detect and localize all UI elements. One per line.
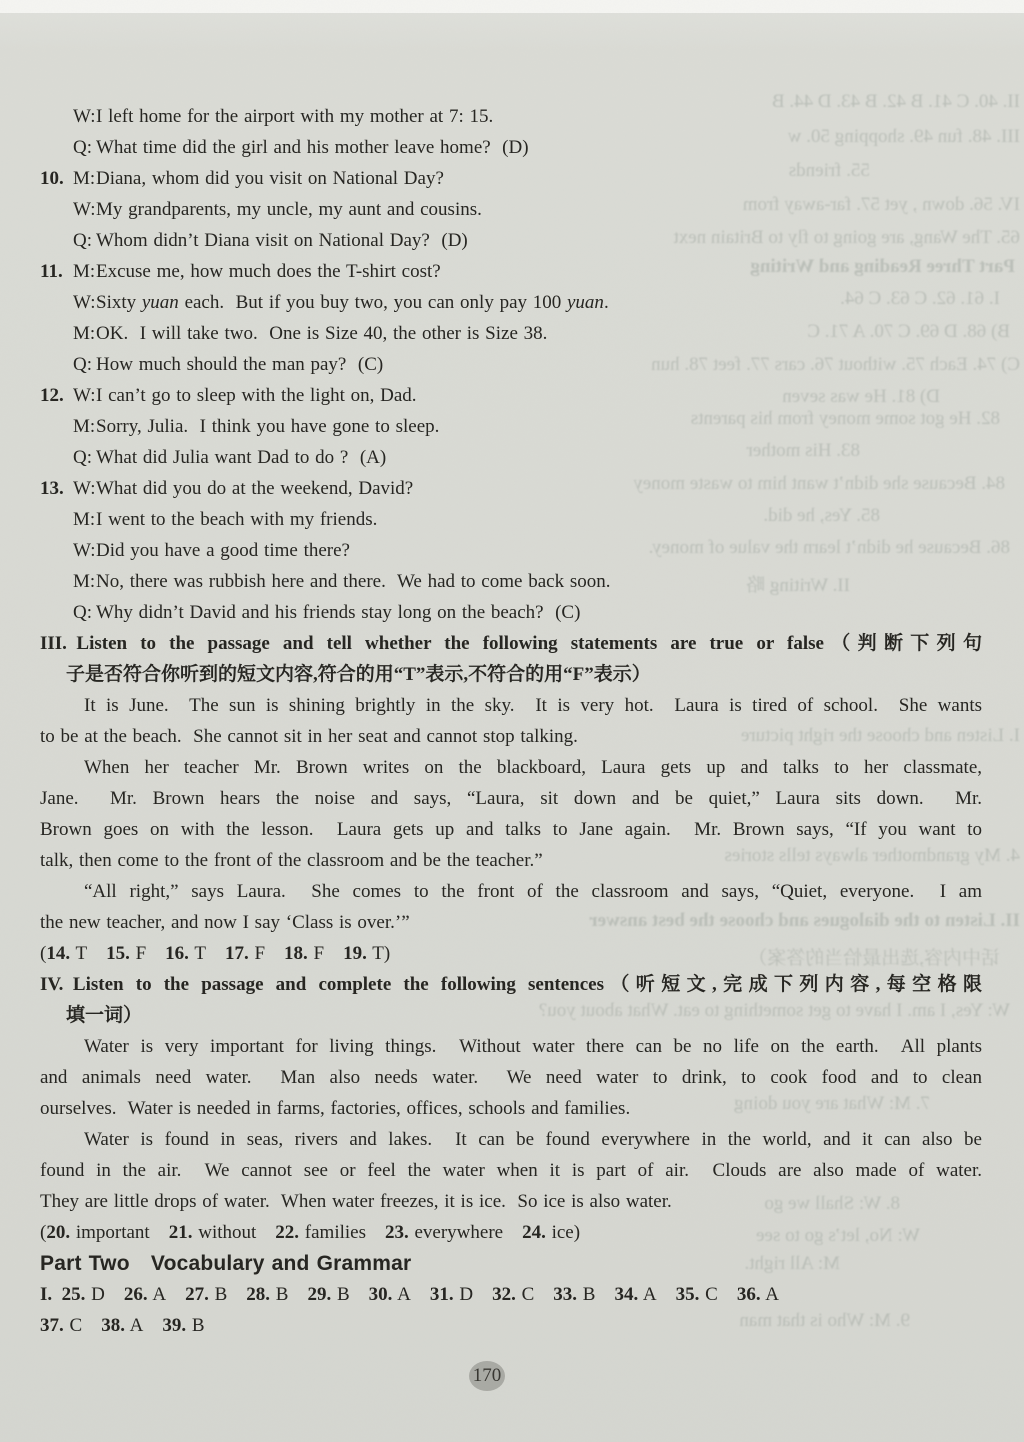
item-number: 10. (40, 163, 73, 194)
page-number-badge: 170 (469, 1361, 505, 1391)
dialogue-text: OK. I will take two. One is Size 40, the… (96, 323, 547, 344)
item-number: 12. (40, 380, 73, 411)
dialogue-text: Diana, whom did you visit on National Da… (96, 168, 444, 189)
page-number: 170 (473, 1365, 502, 1386)
passage-line: the new teacher, and now I say ‘Class is… (40, 907, 982, 938)
dialogue-text: Why didn’t David and his friends stay lo… (96, 602, 580, 623)
dialogue-text: What time did the girl and his mother le… (96, 137, 529, 158)
passage-line: Brown goes on with the lesson. Laura get… (40, 814, 982, 845)
passage-line: It is June. The sun is shining brightly … (40, 690, 982, 721)
speaker-label: W: (73, 380, 96, 411)
section-heading-continued: 子是否符合你听到的短文内容,符合的用“T”表示,不符合的用“F”表示） (40, 659, 982, 690)
dialogue-line: M:No, there was rubbish here and there. … (40, 566, 982, 597)
speaker-label: Q: (73, 442, 96, 473)
dialogue-line: W:I left home for the airport with my mo… (40, 101, 982, 132)
dialogue-line: Q:What time did the girl and his mother … (40, 132, 982, 163)
item-number: 13. (40, 473, 73, 504)
section-heading-continued: 填一词） (40, 1000, 982, 1031)
item-number: 11. (40, 256, 73, 287)
passage-line: Water is very important for living thing… (40, 1031, 982, 1062)
speaker-label: M: (73, 411, 96, 442)
dialogue-text: My grandparents, my uncle, my aunt and c… (96, 199, 482, 220)
answer-key-line: I. 25. D 26. A 27. B 28. B 29. B 30. A 3… (40, 1279, 982, 1310)
answer-key-line: (20. important 21. without 22. families … (40, 1217, 982, 1248)
dialogue-text: I left home for the airport with my moth… (96, 106, 493, 127)
part-heading: Part Two Vocabulary and Grammar (40, 1248, 982, 1279)
speaker-label: W: (73, 287, 96, 318)
passage-line: Water is found in seas, rivers and lakes… (40, 1124, 982, 1155)
dialogue-text: Did you have a good time there? (96, 540, 350, 561)
answer-key-line: 37. C 38. A 39. B (40, 1310, 982, 1341)
speaker-label: Q: (73, 225, 96, 256)
speaker-label: M: (73, 504, 96, 535)
dialogue-line: W:Did you have a good time there? (40, 535, 982, 566)
speaker-label: W: (73, 101, 96, 132)
dialogue-line: Q:Why didn’t David and his friends stay … (40, 597, 982, 628)
dialogue-text: How much should the man pay? (C) (96, 354, 383, 375)
dialogue-line: M:OK. I will take two. One is Size 40, t… (40, 318, 982, 349)
dialogue-text: I can’t go to sleep with the light on, D… (96, 385, 417, 406)
speaker-label: Q: (73, 597, 96, 628)
answer-key-line: (14. T 15. F 16. T 17. F 18. F 19. T) (40, 938, 982, 969)
speaker-label: M: (73, 163, 96, 194)
passage-line: Jane. Mr. Brown hears the noise and says… (40, 783, 982, 814)
dialogue-line: W:Sixty yuan each. But if you buy two, y… (40, 287, 982, 318)
passage-line: and animals need water. Man also needs w… (40, 1062, 982, 1093)
section-heading: IV. Listen to the passage and complete t… (40, 969, 982, 1000)
dialogue-line: M:Sorry, Julia. I think you have gone to… (40, 411, 982, 442)
speaker-label: M: (73, 256, 96, 287)
dialogue-line: 12.W:I can’t go to sleep with the light … (40, 380, 982, 411)
passage-line: talk, then come to the front of the clas… (40, 845, 982, 876)
dialogue-line: 11.M:Excuse me, how much does the T-shir… (40, 256, 982, 287)
speaker-label: W: (73, 535, 96, 566)
answer-key-content: W:I left home for the airport with my mo… (40, 101, 982, 1341)
dialogue-line: 13.W:What did you do at the weekend, Dav… (40, 473, 982, 504)
speaker-label: Q: (73, 132, 96, 163)
speaker-label: Q: (73, 349, 96, 380)
speaker-label: W: (73, 194, 96, 225)
passage-line: found in the air. We cannot see or feel … (40, 1155, 982, 1186)
dialogue-line: Q:How much should the man pay? (C) (40, 349, 982, 380)
passage-line: to be at the beach. She cannot sit in he… (40, 721, 982, 752)
dialogue-text: Excuse me, how much does the T-shirt cos… (96, 261, 441, 282)
dialogue-line: Q:What did Julia want Dad to do ? (A) (40, 442, 982, 473)
passage-line: They are little drops of water. When wat… (40, 1186, 982, 1217)
dialogue-text: Sorry, Julia. I think you have gone to s… (96, 416, 439, 437)
passage-line: ourselves. Water is needed in farms, fac… (40, 1093, 982, 1124)
passage-line: When her teacher Mr. Brown writes on the… (40, 752, 982, 783)
section-heading: III. Listen to the passage and tell whet… (40, 628, 982, 659)
dialogue-text: Whom didn’t Diana visit on National Day?… (96, 230, 468, 251)
dialogue-line: W:My grandparents, my uncle, my aunt and… (40, 194, 982, 225)
passage-line: “All right,” says Laura. She comes to th… (40, 876, 982, 907)
dialogue-line: Q:Whom didn’t Diana visit on National Da… (40, 225, 982, 256)
dialogue-line: 10.M:Diana, whom did you visit on Nation… (40, 163, 982, 194)
speaker-label: W: (73, 473, 96, 504)
speaker-label: M: (73, 318, 96, 349)
speaker-label: M: (73, 566, 96, 597)
dialogue-text: I went to the beach with my friends. (96, 509, 377, 530)
dialogue-text: What did you do at the weekend, David? (96, 478, 413, 499)
dialogue-text: Sixty yuan each. But if you buy two, you… (96, 292, 609, 313)
scan-edge-strip (0, 0, 1024, 13)
dialogue-text: What did Julia want Dad to do ? (A) (96, 447, 386, 468)
dialogue-line: M:I went to the beach with my friends. (40, 504, 982, 535)
dialogue-text: No, there was rubbish here and there. We… (96, 571, 610, 592)
